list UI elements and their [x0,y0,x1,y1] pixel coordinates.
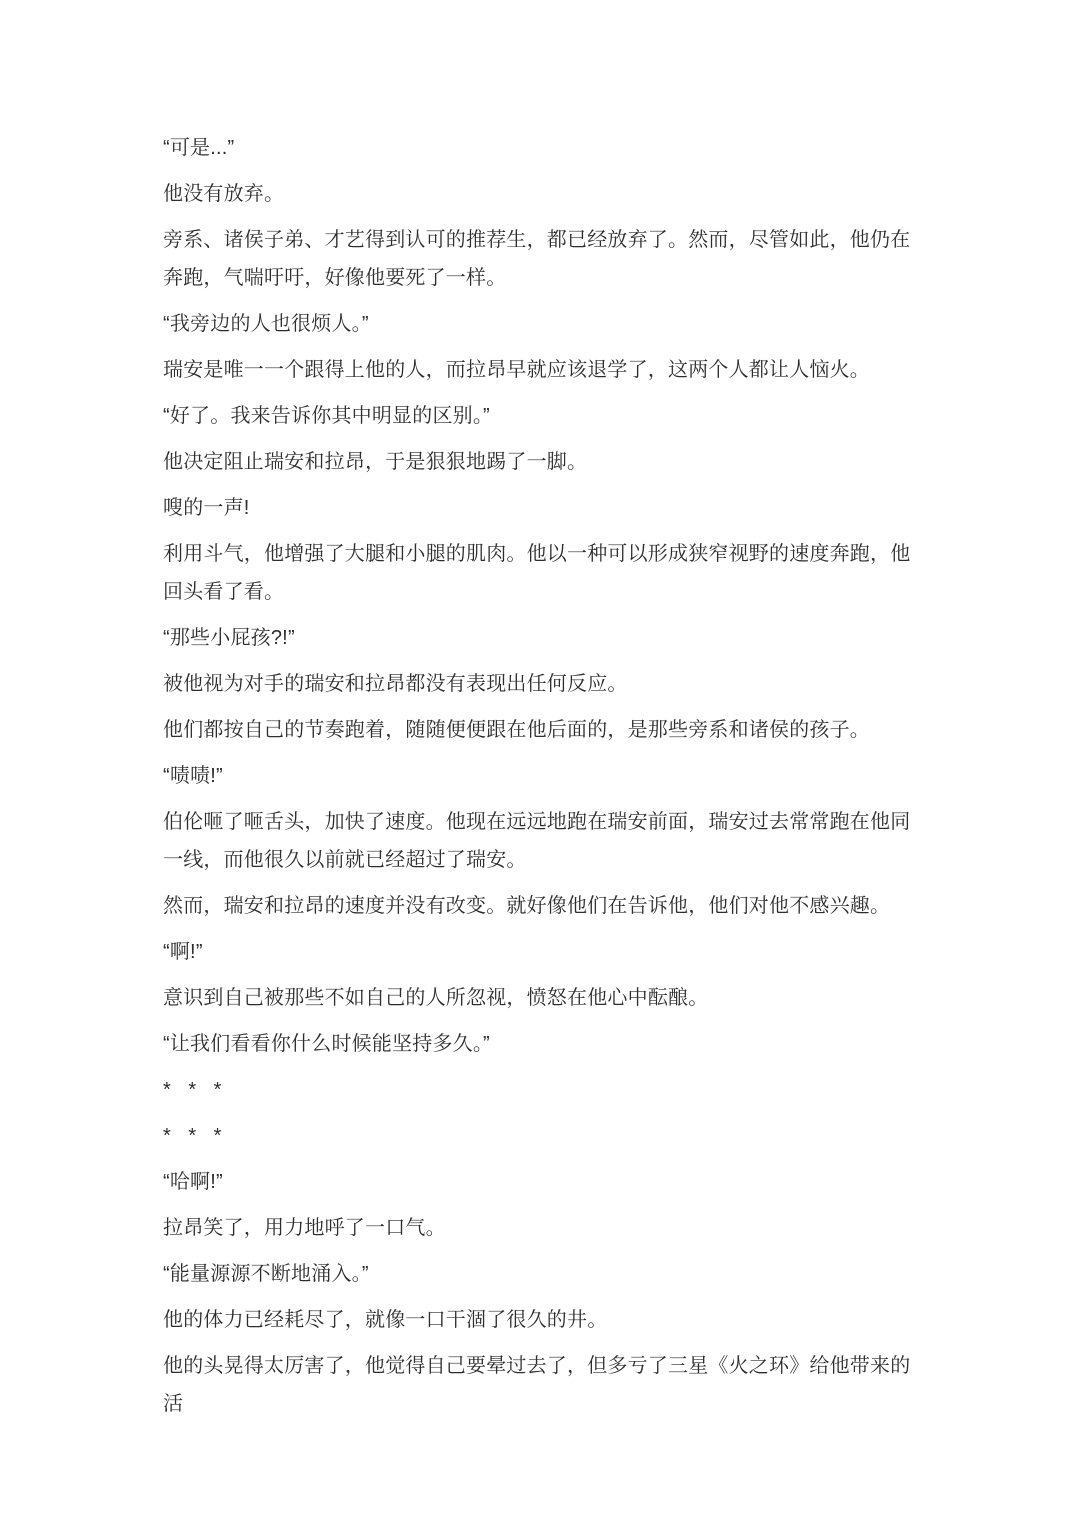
paragraph: 他的体力已经耗尽了，就像一口干涸了很久的井。 [163,1301,913,1339]
paragraph: 他们都按自己的节奏跑着，随随便便跟在他后面的，是那些旁系和诸侯的孩子。 [163,711,913,749]
paragraph: 伯伦咂了咂舌头，加快了速度。他现在远远地跑在瑞安前面，瑞安过去常常跑在他同一线，… [163,803,913,879]
section-separator: * * * [163,1117,913,1155]
paragraph: 意识到自己被那些不如自己的人所忽视，愤怒在他心中酝酿。 [163,979,913,1017]
paragraph: 他没有放弃。 [163,175,913,213]
paragraph: “那些小屁孩?!” [163,619,913,657]
paragraph: 他决定阻止瑞安和拉昂，于是狠狠地踢了一脚。 [163,443,913,481]
paragraph: “啊!” [163,933,913,971]
paragraph: “能量源源不断地涌入。” [163,1255,913,1293]
paragraph: 利用斗气，他增强了大腿和小腿的肌肉。他以一种可以形成狭窄视野的速度奔跑，他回头看… [163,535,913,611]
paragraph: 拉昂笑了，用力地呼了一口气。 [163,1209,913,1247]
paragraph: 被他视为对手的瑞安和拉昂都没有表现出任何反应。 [163,665,913,703]
document-content: “可是...”他没有放弃。旁系、诸侯子弟、才艺得到认可的推荐生，都已经放弃了。然… [163,129,913,1423]
paragraph: “可是...” [163,129,913,167]
paragraph: “啧啧!” [163,757,913,795]
paragraph: 然而，瑞安和拉昂的速度并没有改变。就好像他们在告诉他，他们对他不感兴趣。 [163,887,913,925]
paragraph: 他的头晃得太厉害了，他觉得自己要晕过去了，但多亏了三星《火之环》给他带来的活 [163,1347,913,1423]
section-separator: * * * [163,1071,913,1109]
paragraph: 嗖的一声! [163,489,913,527]
paragraph: “哈啊!” [163,1163,913,1201]
paragraph: “我旁边的人也很烦人。” [163,305,913,343]
paragraph: “让我们看看你什么时候能坚持多久。” [163,1025,913,1063]
document-page: “可是...”他没有放弃。旁系、诸侯子弟、才艺得到认可的推荐生，都已经放弃了。然… [0,0,1074,1519]
paragraph: “好了。我来告诉你其中明显的区别。” [163,397,913,435]
paragraph: 瑞安是唯一一个跟得上他的人，而拉昂早就应该退学了，这两个人都让人恼火。 [163,351,913,389]
paragraph: 旁系、诸侯子弟、才艺得到认可的推荐生，都已经放弃了。然而，尽管如此，他仍在奔跑，… [163,221,913,297]
